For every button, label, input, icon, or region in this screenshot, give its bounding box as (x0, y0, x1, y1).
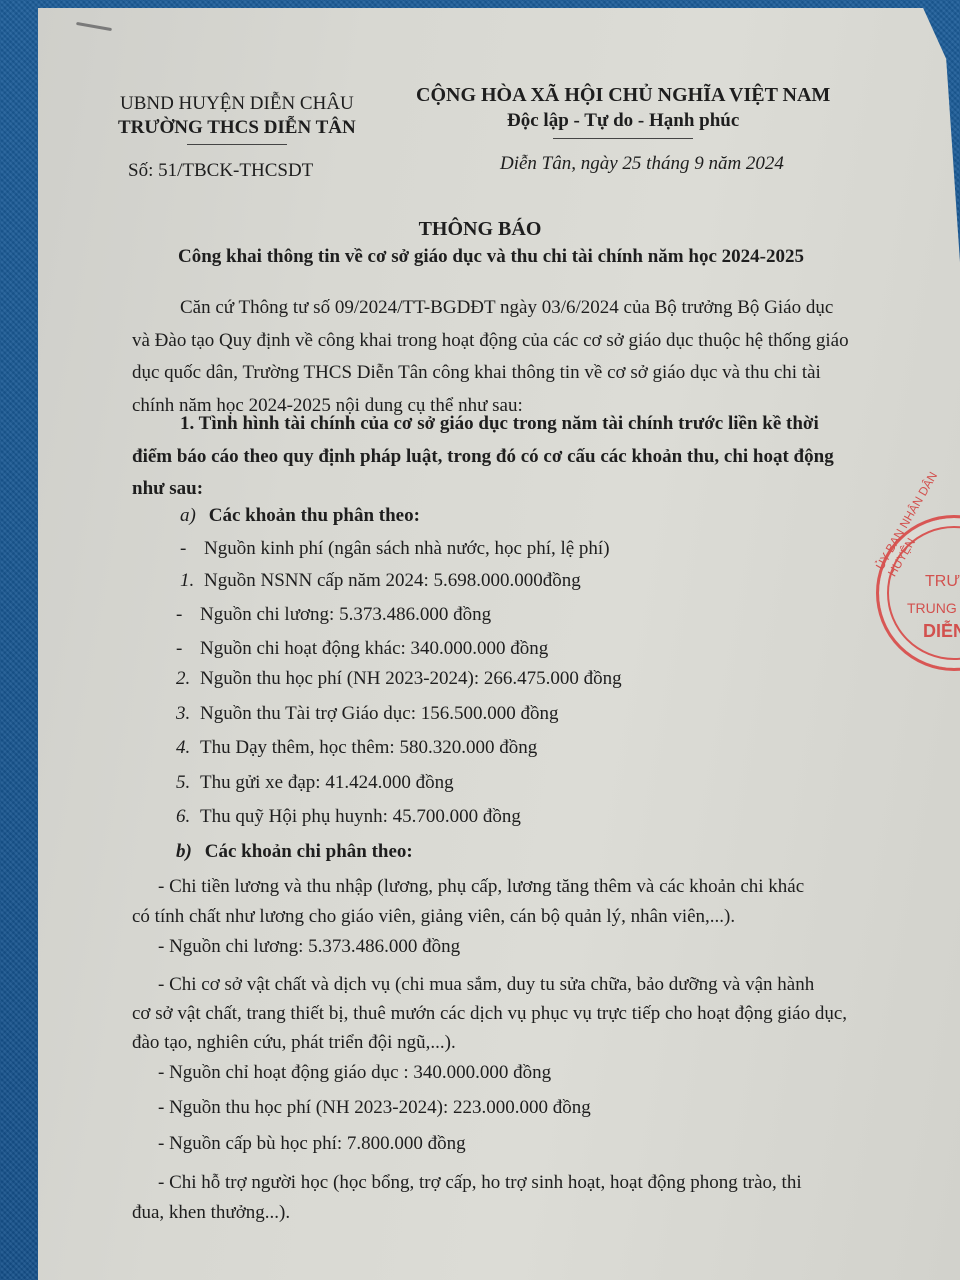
seal-line-1: TRƯ (925, 573, 960, 591)
country-name: CỘNG HÒA XÃ HỘI CHỦ NGHĨA VIỆT NAM (416, 82, 830, 108)
seal-line-2: TRUNG H (907, 600, 960, 616)
expense-line: đào tạo, nghiên cứu, phát triển đội ngũ,… (132, 1028, 932, 1057)
expense-salary: - Chi tiền lương và thu nhập (lương, phụ… (132, 872, 922, 932)
income-heading: a) Các khoản thu phân theo: (180, 505, 420, 527)
expense-marker: b) (176, 841, 200, 863)
section-line: điểm báo cáo theo quy định pháp luật, tr… (132, 441, 902, 474)
income-item: 2.Nguồn thu học phí (NH 2023-2024): 266.… (176, 668, 622, 690)
issuer-school: TRƯỜNG THCS DIỄN TÂN (118, 116, 356, 140)
income-item: 4.Thu Dạy thêm, học thêm: 580.320.000 đồ… (176, 737, 537, 759)
income-item: -Nguồn chi hoạt động khác: 340.000.000 đ… (176, 638, 548, 660)
income-item: -Nguồn kinh phí (ngân sách nhà nước, học… (180, 538, 610, 560)
income-item: 6.Thu quỹ Hội phụ huynh: 45.700.000 đồng (176, 806, 521, 828)
intro-line: Căn cứ Thông tư số 09/2024/TT-BGDĐT ngày… (132, 292, 892, 325)
expense-heading-text: Các khoản chi phân theo: (205, 841, 413, 862)
expense-support: - Chi hỗ trợ người học (học bổng, trợ cấ… (132, 1168, 932, 1228)
expense-line: cơ sở vật chất, trang thiết bị, thuê mướ… (132, 999, 932, 1028)
income-item: 1.Nguồn NSNN cấp năm 2024: 5.698.000.000… (180, 570, 581, 592)
seal-line-3: DIỄN (923, 621, 960, 642)
expense-line: - Chi cơ sở vật chất và dịch vụ (chi mua… (132, 970, 932, 999)
income-item: 3.Nguồn thu Tài trợ Giáo dục: 156.500.00… (176, 703, 559, 725)
motto-underline (553, 138, 693, 139)
intro-line: dục quốc dân, Trường THCS Diễn Tân công … (132, 357, 892, 390)
dateline: Diễn Tân, ngày 25 tháng 9 năm 2024 (500, 153, 784, 175)
expense-line: có tính chất như lương cho giáo viên, gi… (132, 902, 922, 932)
expense-source: - Nguồn cấp bù học phí: 7.800.000 đồng (158, 1133, 466, 1155)
issuer-authority: UBND HUYỆN DIỄN CHÂU (118, 92, 356, 116)
national-motto: Độc lập - Tự do - Hạnh phúc (416, 108, 830, 134)
income-item: -Nguồn chi lương: 5.373.486.000 đồng (176, 604, 491, 626)
expense-line: - Chi hỗ trợ người học (học bổng, trợ cấ… (132, 1168, 932, 1198)
income-marker: a) (180, 505, 204, 527)
reference-number: Số: 51/TBCK-THCSDT (128, 160, 313, 182)
national-motto-block: CỘNG HÒA XÃ HỘI CHỦ NGHĨA VIỆT NAM Độc l… (416, 82, 830, 139)
document-subtitle: Công khai thông tin về cơ sở giáo dục và… (178, 246, 804, 268)
expense-source: - Nguồn chỉ hoạt động giáo dục : 340.000… (158, 1062, 551, 1084)
issuer-block: UBND HUYỆN DIỄN CHÂU TRƯỜNG THCS DIỄN TÂ… (118, 92, 356, 145)
expense-source: - Nguồn thu học phí (NH 2023-2024): 223.… (158, 1097, 591, 1119)
issuer-underline (187, 144, 287, 145)
income-item: 5.Thu gửi xe đạp: 41.424.000 đồng (176, 772, 454, 794)
expense-salary-source: - Nguồn chi lương: 5.373.486.000 đồng (158, 936, 460, 958)
income-heading-text: Các khoản thu phân theo: (209, 505, 420, 526)
expense-facility: - Chi cơ sở vật chất và dịch vụ (chi mua… (132, 970, 932, 1057)
section-line: như sau: (132, 473, 902, 506)
intro-line: và Đào tạo Quy định về công khai trong h… (132, 325, 892, 358)
expense-line: - Chi tiền lương và thu nhập (lương, phụ… (132, 872, 922, 902)
intro-paragraph: Căn cứ Thông tư số 09/2024/TT-BGDĐT ngày… (132, 292, 892, 422)
expense-heading: b) Các khoản chi phân theo: (176, 841, 413, 863)
section-1-heading: 1. Tình hình tài chính của cơ sở giáo dụ… (132, 408, 902, 506)
section-line: 1. Tình hình tài chính của cơ sở giáo dụ… (132, 408, 902, 441)
expense-line: đua, khen thưởng...). (132, 1198, 932, 1228)
document-title: THÔNG BÁO (0, 218, 960, 241)
